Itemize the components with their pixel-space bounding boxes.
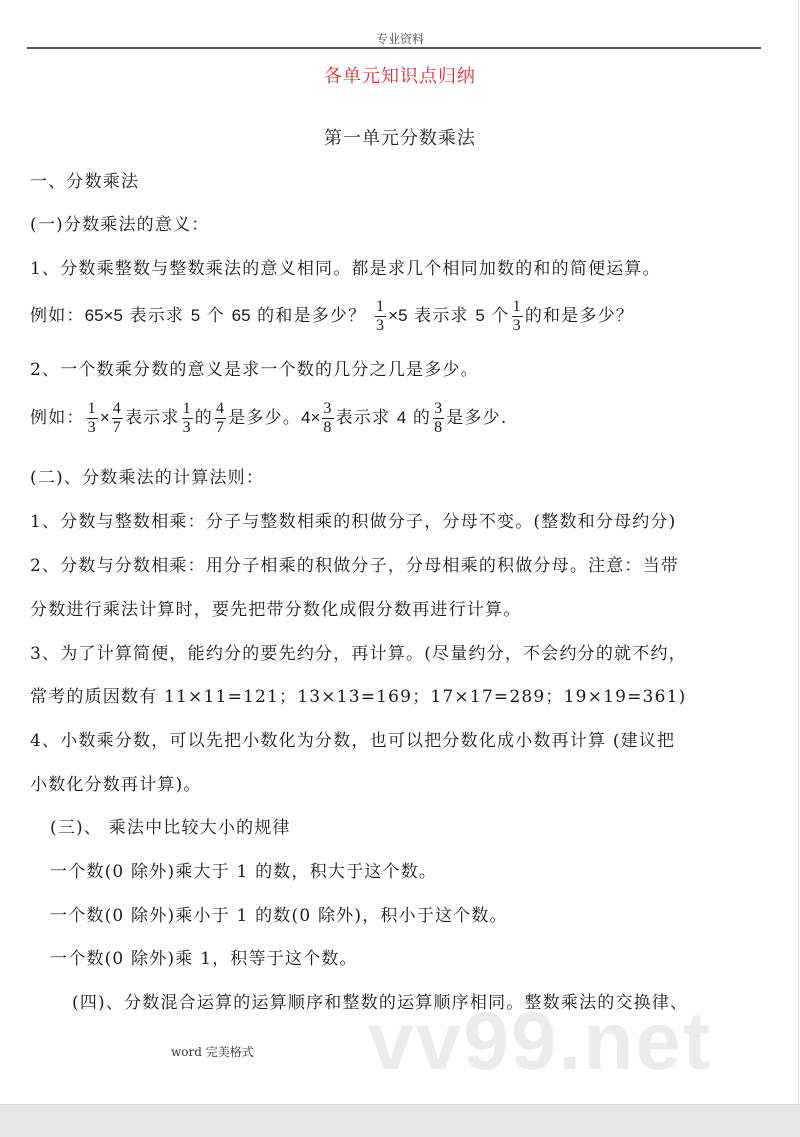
comparison-line: 一个数(0 除外)乘 1，积等于这个数。 <box>50 944 358 969</box>
text: 表示求 <box>336 408 397 428</box>
document-title: 各单元知识点归纳 <box>0 62 800 88</box>
text: 65×5 <box>85 306 123 325</box>
comparison-line: 一个数(0 除外)乘小于 1 的数(0 除外)，积小于这个数。 <box>50 901 508 926</box>
fraction: 47 <box>112 400 123 437</box>
rule-line: 2、分数与分数相乘：用分子相乘的积做分子，分母相乘的积做分母。注意：当带 <box>30 551 679 576</box>
text: 例如： <box>30 408 85 428</box>
fraction: 13 <box>87 400 98 437</box>
subsection-heading: (三)、 乘法中比较大小的规律 <box>50 813 291 838</box>
numerator: 1 <box>87 400 98 419</box>
page-header: 专业资料 <box>0 30 800 47</box>
section-heading: 一、分数乘法 <box>30 167 139 192</box>
numerator: 1 <box>512 298 523 317</box>
paragraph: 2、一个数乘分数的意义是求一个数的几分之几是多少。 <box>30 355 479 380</box>
denominator: 8 <box>322 419 333 437</box>
text: 5 <box>191 306 200 325</box>
rule-line: 分数进行乘法计算时，要先把带分数化成假分数再进行计算。 <box>30 595 521 620</box>
fraction: 38 <box>433 400 444 437</box>
rule-line: 3、为了计算简便，能约分的要先约分，再计算。(尽量约分，不会约分的就不约， <box>30 639 687 664</box>
page-footer: word 完美格式 <box>171 1043 254 1060</box>
denominator: 3 <box>87 419 98 437</box>
fraction: 38 <box>322 400 333 437</box>
header-divider <box>27 47 761 49</box>
text: 表示求 <box>408 306 476 326</box>
numerator: 4 <box>112 400 123 419</box>
text: 5 <box>475 306 484 325</box>
fraction: 47 <box>215 400 226 437</box>
text: 是多少. <box>446 408 507 428</box>
text: 表示求 <box>123 306 191 326</box>
numerator: 3 <box>322 400 333 419</box>
denominator: 3 <box>182 419 193 437</box>
denominator: 8 <box>433 419 444 437</box>
text: 例如： <box>30 306 85 326</box>
text: 的和是多少？ <box>525 306 634 326</box>
text: 个 <box>485 306 510 326</box>
text: ×5 <box>388 306 407 325</box>
comparison-line: 一个数(0 除外)乘大于 1 的数，积大于这个数。 <box>50 857 437 882</box>
text: × <box>100 408 110 427</box>
numerator: 3 <box>433 400 444 419</box>
numerator: 1 <box>375 298 386 317</box>
rule-line: 常考的质因数有 11×11=121；13×13=169；17×17=289；19… <box>30 682 686 707</box>
denominator: 7 <box>215 419 226 437</box>
rule-line: 1、分数与整数相乘：分子与整数相乘的积做分子，分母不变。(整数和分母约分) <box>30 507 676 532</box>
subsection-heading: (二)、分数乘法的计算法则： <box>30 463 264 488</box>
text: 的 <box>195 408 213 428</box>
text: 个 <box>200 306 231 326</box>
document-page: 专业资料 各单元知识点归纳 第一单元分数乘法 一、分数乘法 (一)分数乘法的意义… <box>0 0 799 1104</box>
example-line: 例如：13×47表示求13的47是多少。4×38表示求 4 的38是多少. <box>30 400 508 437</box>
denominator: 3 <box>512 317 523 335</box>
text: 的和是多少？ <box>251 306 373 326</box>
fraction: 13 <box>512 298 523 335</box>
fraction: 13 <box>375 298 386 335</box>
watermark: vv99.net <box>368 995 712 1089</box>
paragraph: 1、分数乘整数与整数乘法的意义相同。都是求几个相同加数的和的简便运算。 <box>30 254 661 279</box>
example-line: 例如：65×5 表示求 5 个 65 的和是多少？ 13×5 表示求 5 个13… <box>30 298 634 335</box>
text: 65 <box>232 306 251 325</box>
rule-line: 4、小数乘分数，可以先把小数化为分数，也可以把分数化成小数再计算 (建议把 <box>30 726 675 751</box>
fraction: 13 <box>182 400 193 437</box>
unit-title: 第一单元分数乘法 <box>0 124 800 150</box>
text: 4× <box>301 408 320 427</box>
denominator: 7 <box>112 419 123 437</box>
text: 是多少。 <box>228 408 301 428</box>
numerator: 4 <box>215 400 226 419</box>
text: 的 <box>406 408 431 428</box>
subsection-heading: (一)分数乘法的意义： <box>30 210 209 235</box>
text: 4 <box>397 408 406 427</box>
rule-line: 小数化分数再计算)。 <box>30 770 202 795</box>
viewer-bottom-bar <box>0 1104 800 1137</box>
numerator: 1 <box>182 400 193 419</box>
denominator: 3 <box>375 317 386 335</box>
text: 表示求 <box>125 408 180 428</box>
